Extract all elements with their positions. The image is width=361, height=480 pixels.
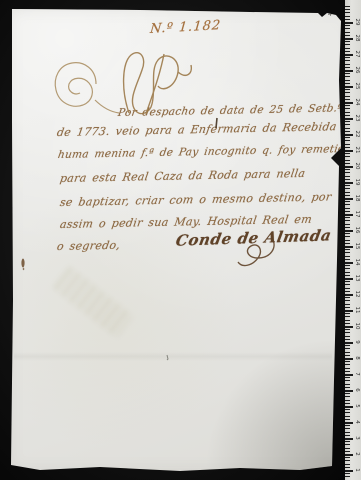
ruler-tick [345,6,350,7]
ruler-number: 9 [354,338,360,346]
ruler-number: 25 [354,82,360,90]
ruler-tick [345,396,350,397]
ruler-tick [345,403,350,404]
ruler-tick [345,448,350,449]
ruler-tick [345,470,353,472]
ruler-tick [345,204,350,205]
ruler-tick [345,16,350,17]
ink-blot [21,259,24,268]
ruler-tick [345,54,353,56]
ruler-tick [345,185,350,186]
ruler-tick [345,432,350,433]
ruler-tick [345,73,350,74]
ruler-number: 28 [354,34,360,42]
ruler-tick [345,124,350,125]
ruler-number: 22 [354,130,360,138]
ruler-tick [345,246,353,248]
ruler-number: 11 [354,306,360,314]
ruler-tick [345,169,350,170]
ruler-tick [345,451,350,452]
ruler-tick [345,172,350,173]
ruler-tick [345,307,350,308]
ruler-tick [345,387,350,388]
ruler-number: 6 [354,386,360,394]
ruler-tick [345,32,350,33]
ruler-tick [345,128,350,129]
ruler-tick [345,38,353,40]
ruler-tick [345,182,353,184]
ruler-number: 4 [354,418,360,426]
ruler-tick [345,67,350,68]
ruler-tick [345,160,350,161]
ruler-number: 29 [354,18,360,26]
ruler-number: 15 [354,242,360,250]
archival-scan-photo: N.º 1.182 4 Por despacho de data de 25 d… [0,0,361,480]
ruler-tick [345,64,350,65]
ruler-number: 21 [354,146,360,154]
ruler-tick [345,348,350,349]
ruler-tick [345,70,353,72]
ruler-tick [345,166,353,168]
ruler-tick [345,230,353,232]
ruler-tick [345,371,350,372]
ruler-tick [345,249,350,250]
manuscript-line: de 1773. veio para a Enfermaria da Receb… [56,120,338,139]
ruler-tick [345,105,350,106]
ruler-tick [345,115,350,116]
ruler-tick [345,313,350,314]
ruler-number: 7 [354,370,360,378]
ruler-tick [345,374,353,376]
ruler-number: 13 [354,274,360,282]
ruler-tick [345,217,350,218]
ruler-tick [345,12,350,13]
ruler-tick [345,192,350,193]
ruler-tick [345,441,350,442]
corner-pencil-mark: 4 [328,11,332,18]
ruler-tick [345,272,350,273]
ruler-tick [345,406,353,408]
ruler-tick [345,118,353,120]
ruler-tick [345,86,353,88]
ruler-tick [345,83,350,84]
signature: Conde de Almada [174,226,333,250]
ruler-tick [345,156,350,157]
ruler-tick [345,281,350,282]
ruler-number: 26 [354,66,360,74]
ruler-tick [345,137,350,138]
ruler-tick [345,339,350,340]
ruler-number: 3 [354,434,360,442]
manuscript-paper-sheet: N.º 1.182 4 Por despacho de data de 25 d… [0,0,361,480]
ruler-tick [345,310,353,312]
ruler-number: 18 [354,194,360,202]
ruler-number: 27 [354,50,360,58]
ruler-tick [345,48,350,49]
ruler-tick [345,179,350,180]
ruler-tick [345,176,350,177]
ruler-tick [345,92,350,93]
ruler-tick [345,380,350,381]
ruler-tick [345,252,350,253]
ruler-tick [345,361,350,362]
manuscript-line: o segredo, [56,239,121,253]
ruler-tick [345,329,350,330]
ruler-tick [345,227,350,228]
ruler-tick [345,243,350,244]
ruler-number: 10 [354,322,360,330]
ruler-tick [345,358,353,360]
ruler-tick [345,284,350,285]
ruler-tick [345,294,353,296]
ruler-tick [345,291,350,292]
ruler-tick [345,240,350,241]
ruler-tick [345,28,350,29]
ruler-tick [345,368,350,369]
ink-speck [23,268,25,270]
ruler-tick [345,256,350,257]
ruler-tick [345,121,350,122]
ruler-tick [345,211,350,212]
ruler-tick [345,198,353,200]
ruler-number: 8 [354,354,360,362]
ruler-tick [345,278,353,280]
ruler-tick [345,57,350,58]
ruler-tick [345,9,350,10]
fold-crease [14,352,332,361]
ruler-tick [345,393,350,394]
ruler-tick [345,435,350,436]
ruler-tick [345,275,350,276]
ruler-number: 2 [354,450,360,458]
ruler-tick [345,262,353,264]
ruler-tick [345,51,350,52]
ruler-tick [345,400,350,401]
ruler-tick [345,22,353,24]
ruler-number: 17 [354,210,360,218]
ruler-tick [345,419,350,420]
ruler-tick [345,332,350,333]
ruler-tick [345,35,350,36]
ruler-tick [345,131,350,132]
ruler-tick [345,467,350,468]
ruler-tick [345,326,353,328]
ruler-tick [345,345,350,346]
ruler-tick [345,265,350,266]
ruler-tick [345,25,350,26]
ruler-tick [345,147,350,148]
ruler-tick [345,76,350,77]
ruler-number: 24 [354,98,360,106]
ruler-tick [345,355,350,356]
ruler-tick [345,428,350,429]
ruler-tick [345,342,353,344]
ruler-number: 12 [354,290,360,298]
spiral-doodle [55,63,119,113]
ruler-number: 20 [354,162,360,170]
manuscript-line: huma menina f.ª de Pay incognito q. foy … [57,143,352,161]
ruler-number: 14 [354,258,360,266]
ruler-tick [345,412,350,413]
ruler-tick [345,268,350,269]
ruler-tick [345,438,353,440]
ruler-tick [345,96,350,97]
ruler-tick [345,233,350,234]
ruler-tick [345,320,350,321]
ruler-tick [345,473,350,474]
ruler-tick [345,214,353,216]
ruler-number: 1 [354,466,360,474]
ruler-tick [345,41,350,42]
ruler-tick [345,44,350,45]
ruler-tick [345,476,350,477]
measurement-ruler: 2928272625242322212019181716151413121110… [345,0,361,480]
ruler-tick [345,444,350,445]
faint-stamp-watermark [52,266,134,339]
ruler-tick [345,102,353,104]
ruler-tick [345,390,353,392]
ruler-tick [345,454,353,456]
ruler-tick [345,236,350,237]
ruler-tick [345,188,350,189]
document-number: N.º 1.182 [149,18,221,37]
ruler-tick [345,457,350,458]
ruler-tick [345,352,350,353]
ruler-tick [345,464,350,465]
ruler-tick [345,89,350,90]
manuscript-line: se baptizar, criar com o mesmo destino, … [59,190,332,209]
ruler-tick [345,323,350,324]
manuscript-line: para esta Real Caza da Roda para nella [59,167,306,185]
ruler-tick [345,153,350,154]
ruler-number: 5 [354,402,360,410]
manuscript-line: Por despacho de data de 25 de Setb.º [117,102,343,119]
ruler-tick [345,409,350,410]
ruler-tick [345,163,350,164]
ruler-tick [345,384,350,385]
ruler-tick [345,134,353,136]
ruler-tick [345,300,350,301]
ruler-tick [345,297,350,298]
ruler-tick [345,460,350,461]
ruler-tick [345,60,350,61]
ruler-tick [345,150,353,152]
ruler-tick [345,364,350,365]
ruler-number: 19 [354,178,360,186]
ruler-tick [345,208,350,209]
ruler-tick [345,140,350,141]
ruler-tick [345,220,350,221]
ruler-tick [345,224,350,225]
ruler-tick [345,201,350,202]
ruler-tick [345,316,350,317]
ruler-number: 16 [354,226,360,234]
ruler-tick [345,416,350,417]
ruler-tick [345,195,350,196]
ruler-tick [345,80,350,81]
ruler-tick [345,99,350,100]
ruler-tick [345,144,350,145]
ruler-tick [345,19,350,20]
ruler-tick [345,288,350,289]
ruler-tick [345,112,350,113]
ruler-tick [345,377,350,378]
ruler-tick [345,259,350,260]
ruler-tick [345,304,350,305]
ruler-tick [345,425,350,426]
ruler-tick [345,422,353,424]
ruler-number: 23 [354,114,360,122]
ruler-tick [345,336,350,337]
ruler-tick [345,108,350,109]
